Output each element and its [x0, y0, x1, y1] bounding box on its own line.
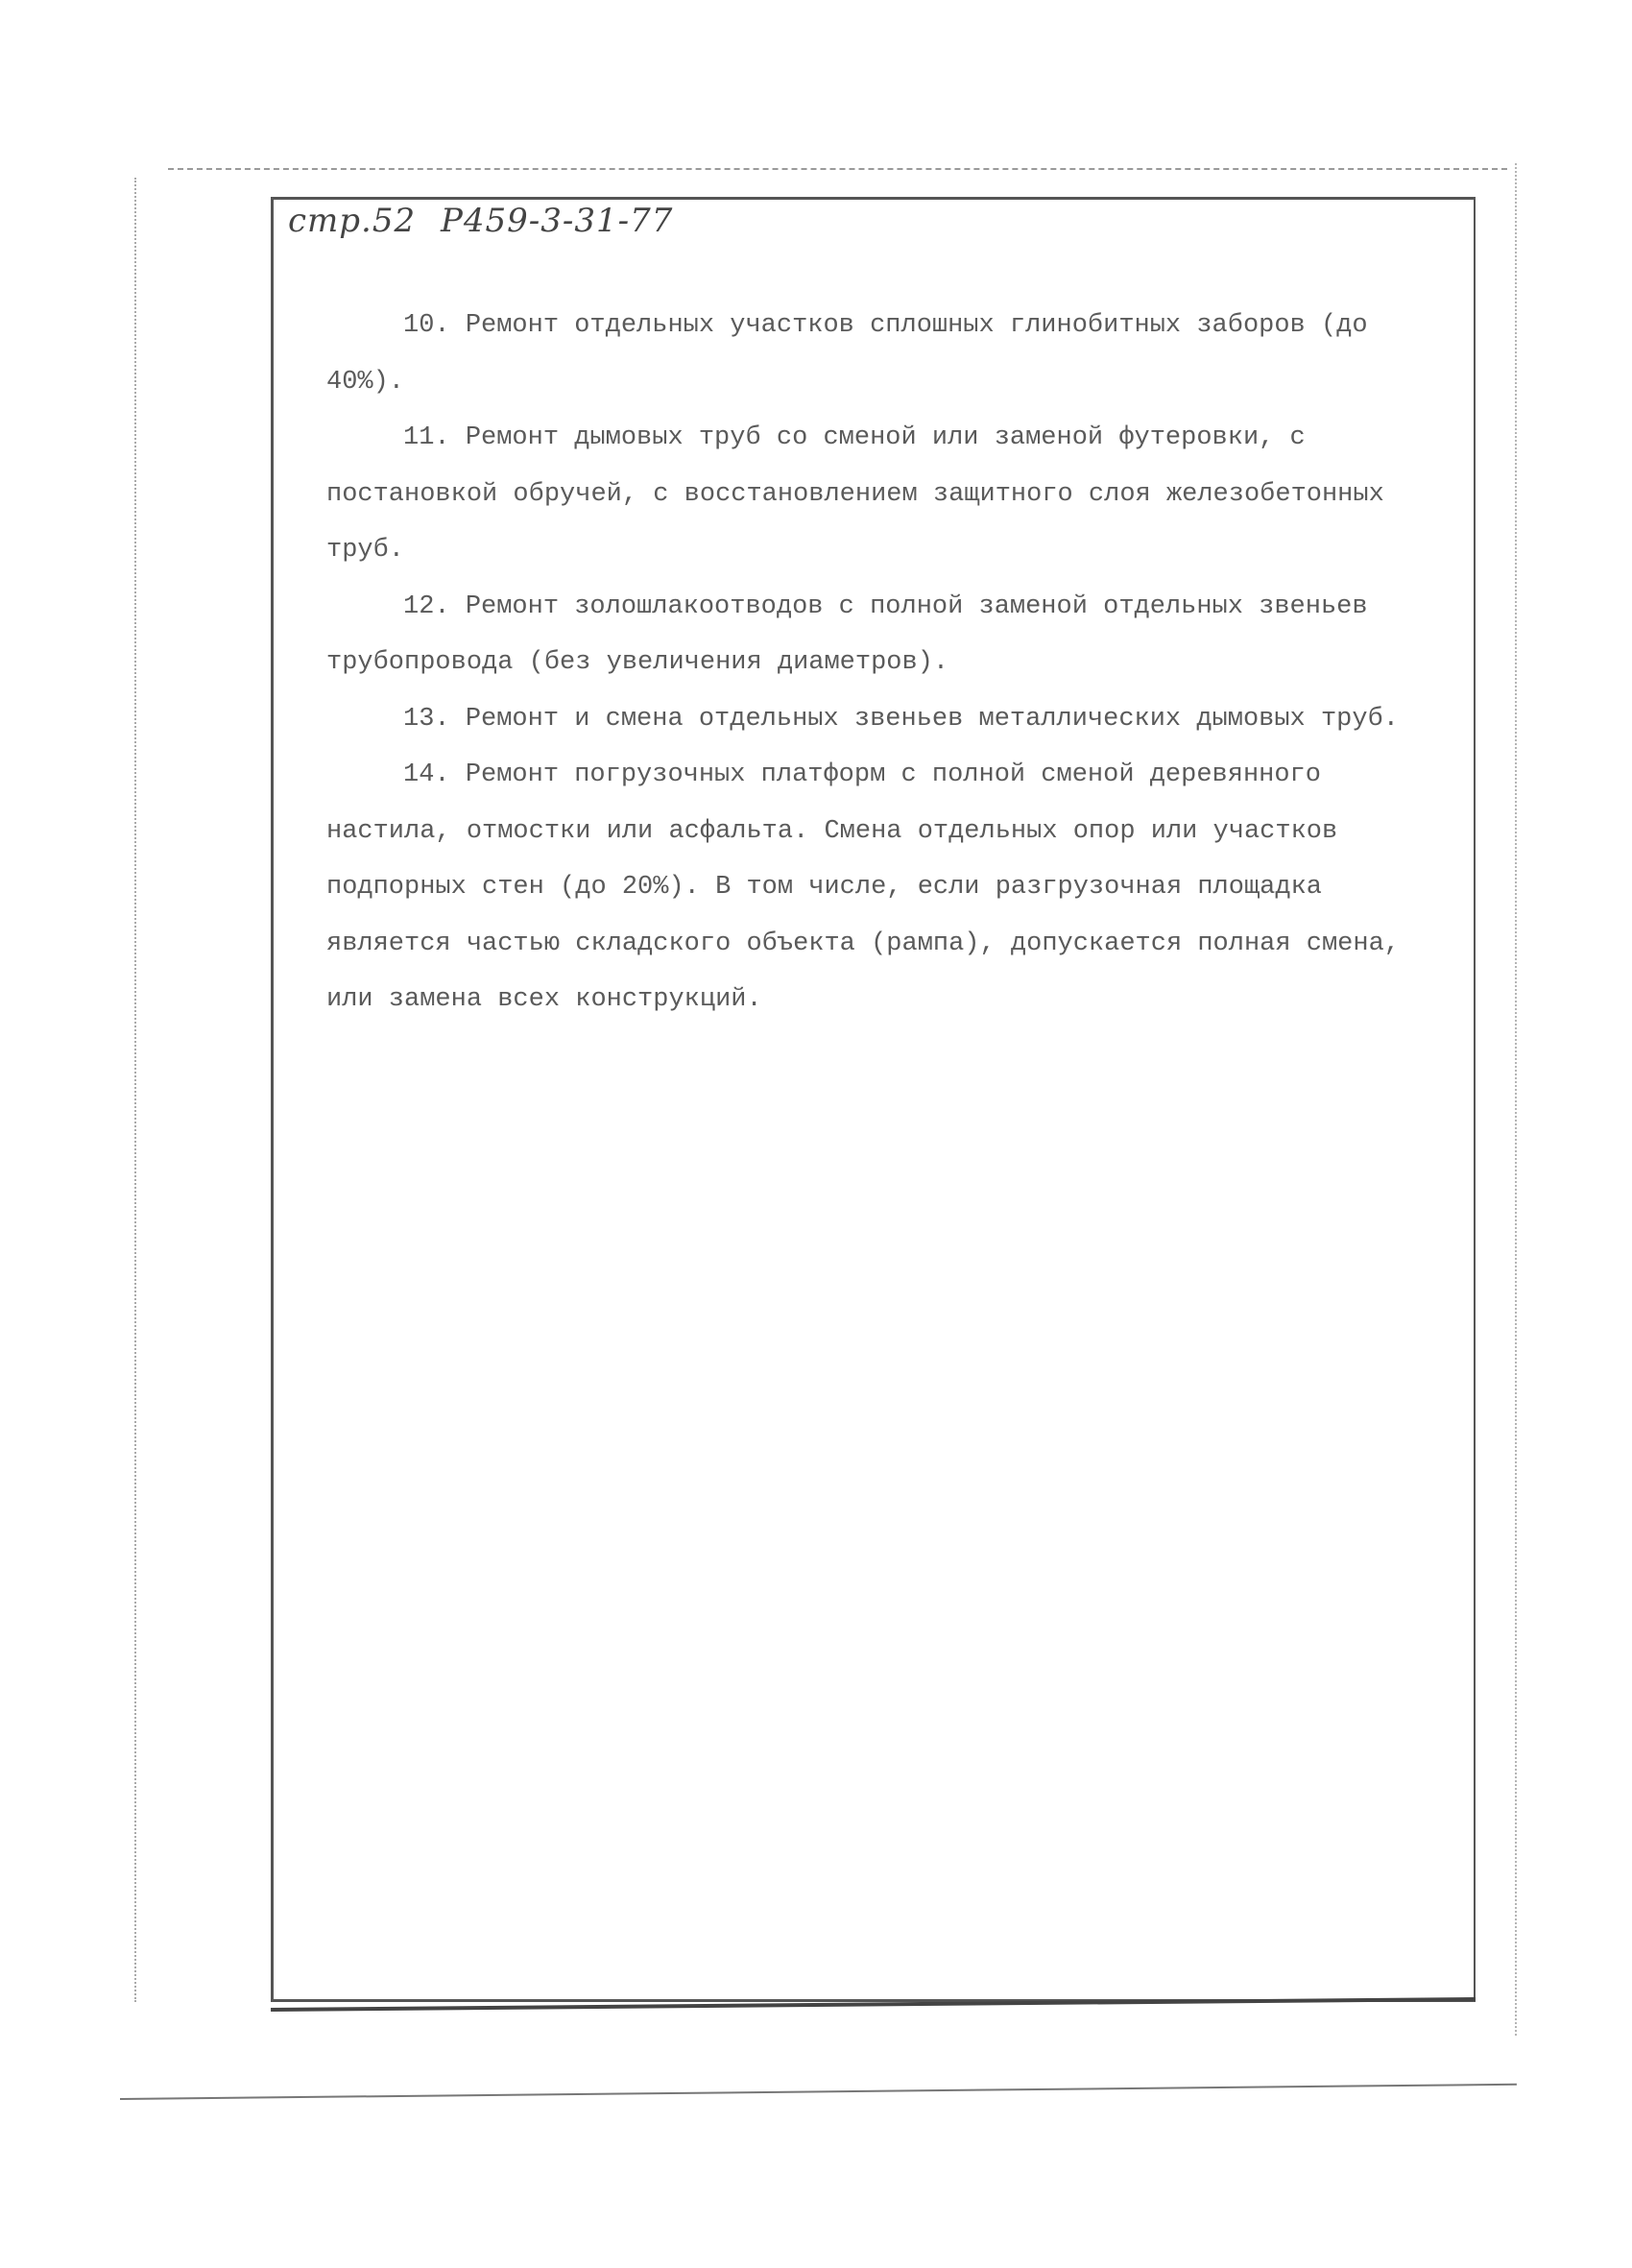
paragraph-number: 14. — [403, 760, 450, 789]
outer-border-right — [1515, 163, 1517, 2036]
paragraph-text: Ремонт золошлакоотводов с полной заменой… — [326, 592, 1368, 678]
paragraph-13: 13. Ремонт и смена отдельных звеньев мет… — [326, 691, 1440, 748]
paragraph-number: 11. — [403, 423, 450, 452]
document-code: Р459-3-31-77 — [441, 202, 673, 240]
paragraph-text: Ремонт отдельных участков сплошных глино… — [326, 311, 1368, 397]
outer-border-top — [168, 168, 1507, 170]
page-number: стр.52 — [288, 202, 416, 240]
paragraph-14: 14. Ремонт погрузочных платформ с полной… — [326, 747, 1440, 1028]
paragraph-text: Ремонт погрузочных платформ с полной сме… — [326, 760, 1400, 1014]
paragraph-number: 13. — [403, 705, 450, 734]
paragraph-text: Ремонт и смена отдельных звеньев металли… — [466, 705, 1399, 734]
document-body: 10. Ремонт отдельных участков сплошных г… — [326, 298, 1440, 1028]
outer-border-bottom — [120, 2084, 1517, 2100]
paragraph-number: 12. — [403, 592, 450, 621]
paragraph-12: 12. Ремонт золошлакоотводов с полной зам… — [326, 579, 1440, 691]
paragraph-text: Ремонт дымовых труб со сменой или замено… — [326, 423, 1384, 565]
paragraph-11: 11. Ремонт дымовых труб со сменой или за… — [326, 410, 1440, 579]
paragraph-10: 10. Ремонт отдельных участков сплошных г… — [326, 298, 1440, 410]
page-header: стр.52 Р459-3-31-77 — [288, 202, 686, 240]
paragraph-number: 10. — [403, 311, 450, 340]
outer-border-left — [134, 178, 136, 2002]
